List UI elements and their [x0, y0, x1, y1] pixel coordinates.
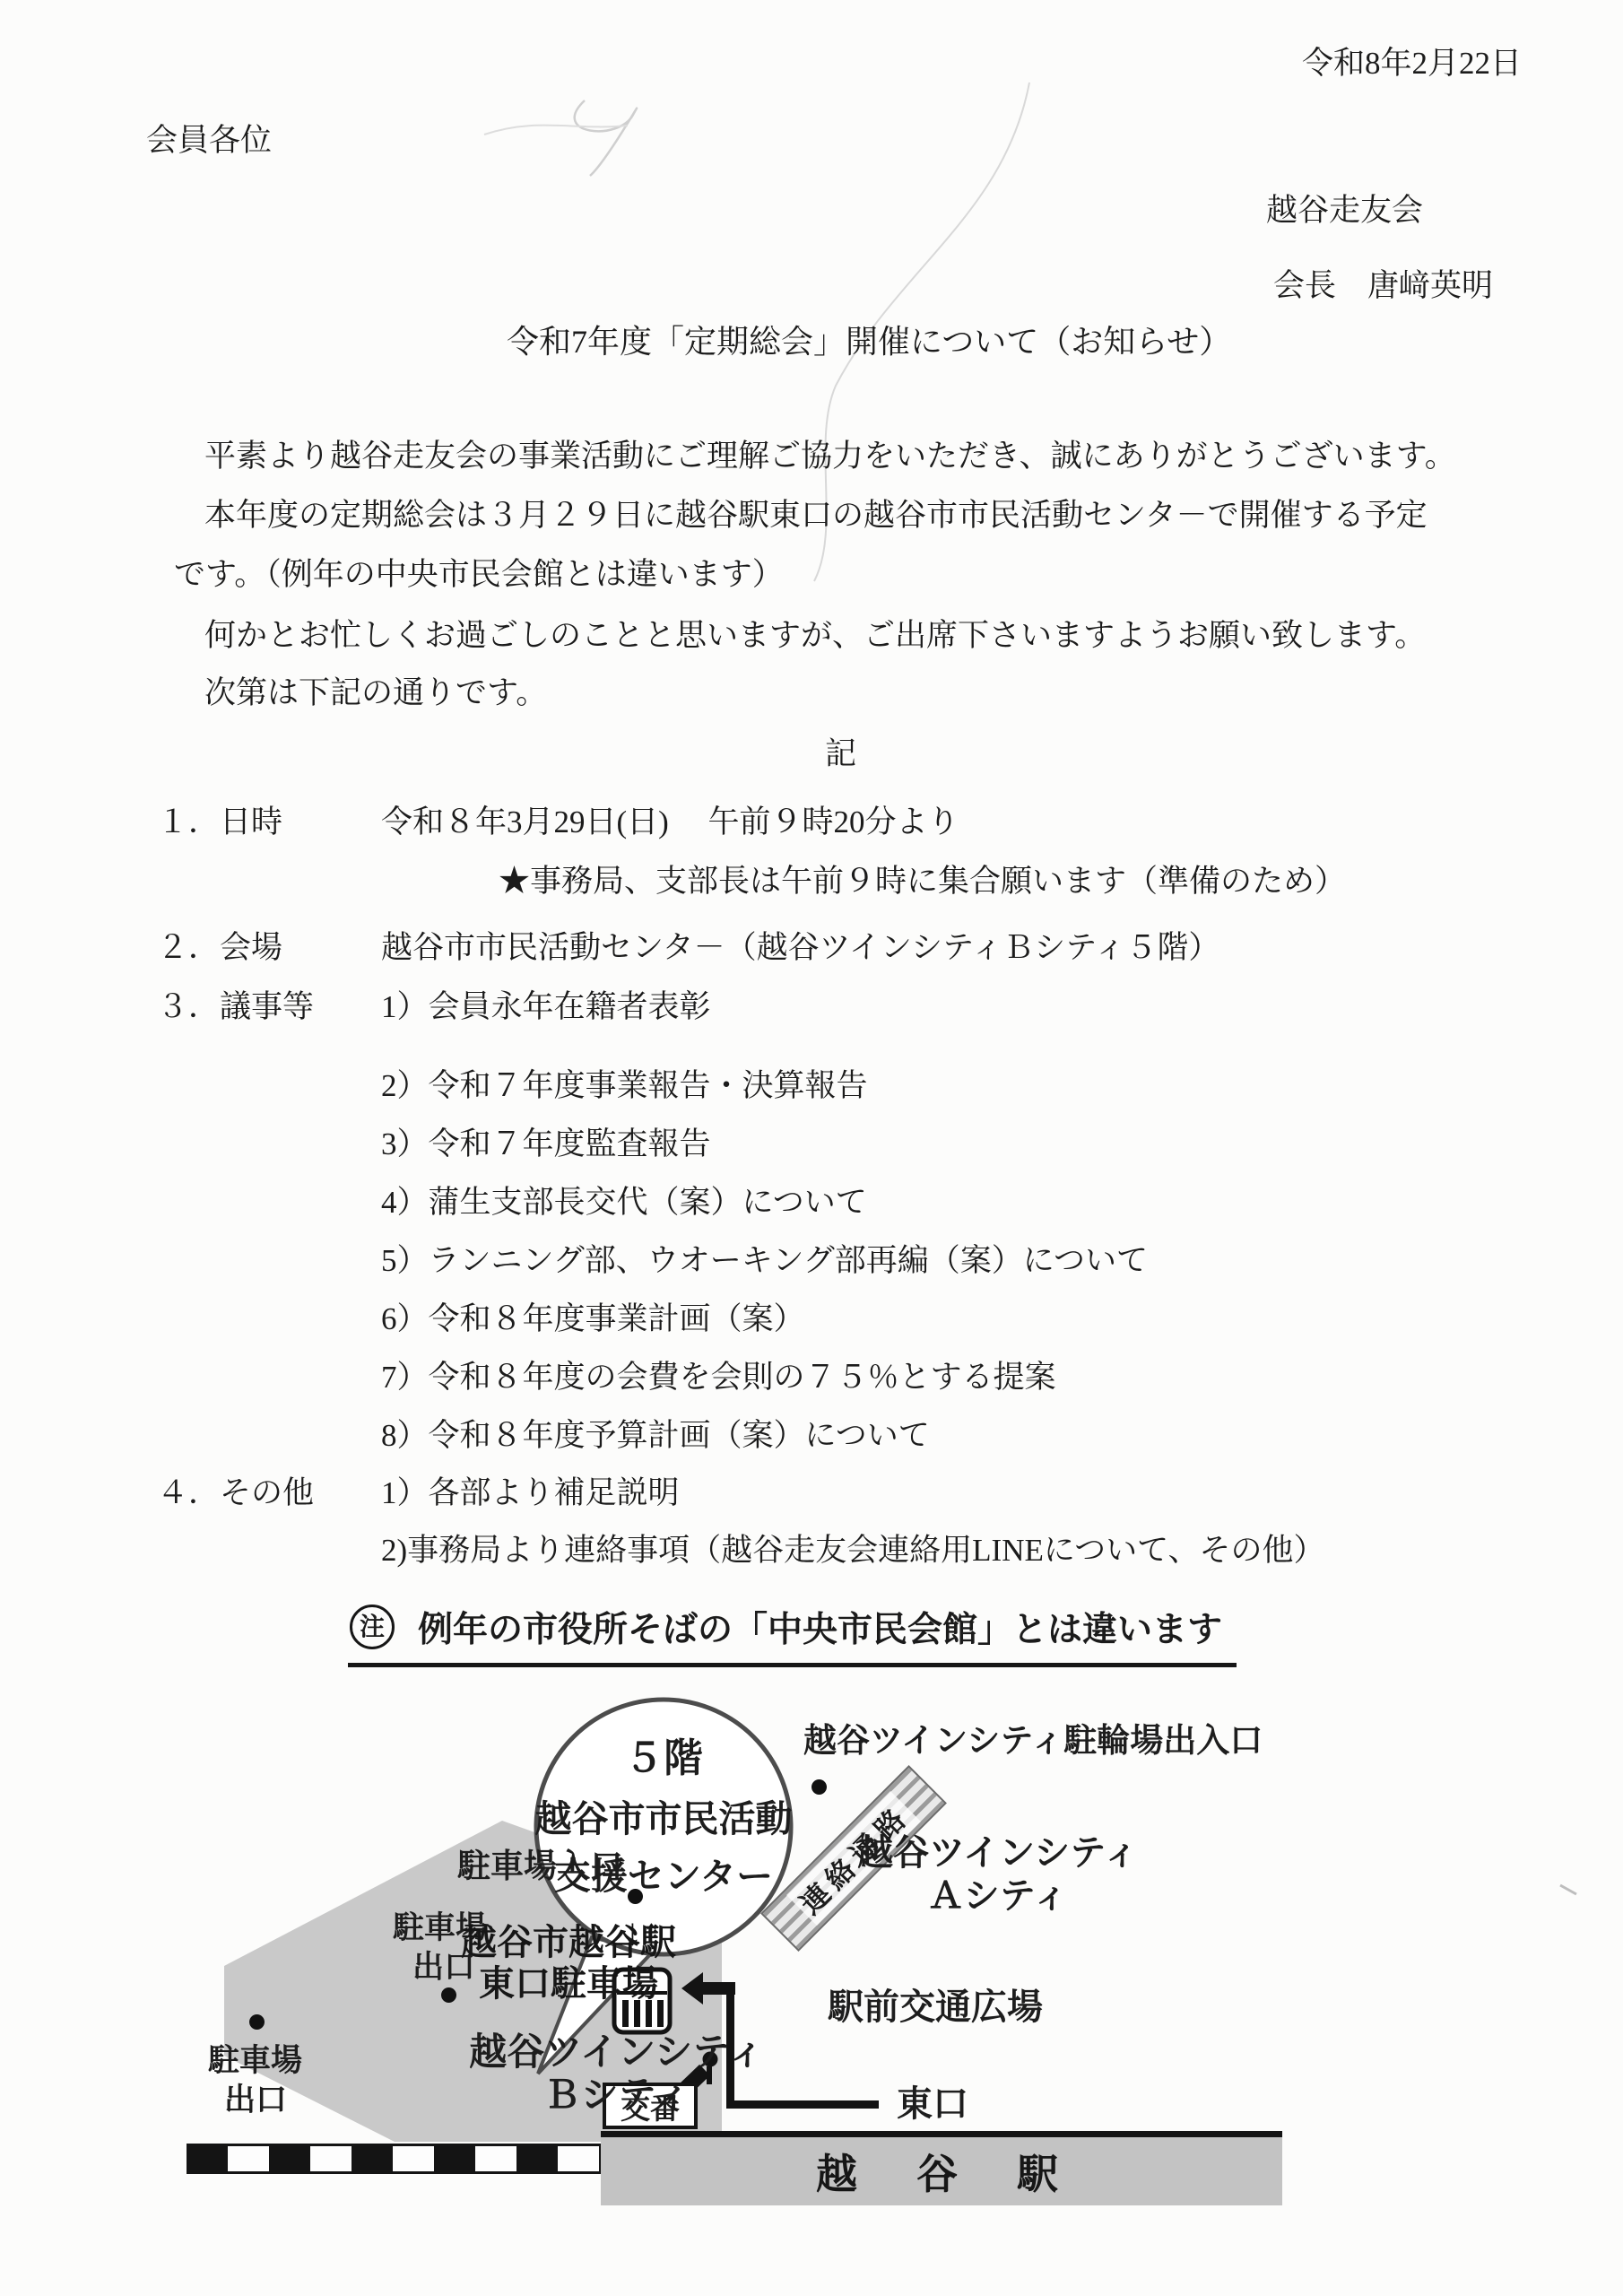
agenda-sub-item: 3）令和７年度監査報告 — [381, 1126, 711, 1162]
map-label-plaza: 駅前交通広場 — [828, 1987, 1043, 2028]
agenda-item2-value: 越谷市市民活動センタ－（越谷ツインシティＢシティ５階） — [381, 929, 1219, 966]
body-paragraph-3: です。（例年の中央市民会館とは違います） — [174, 556, 784, 593]
agenda-sub-item: 5）ランニング部、ウオーキング部再編（案）について — [381, 1242, 1148, 1279]
agenda-item1-value: 令和８年3月29日(日) 午前９時20分より — [381, 804, 959, 840]
body-paragraph-5: 次第は下記の通りです。 — [204, 674, 547, 711]
agenda-sub-item: 1）会員永年在籍者表彰 — [381, 988, 711, 1025]
map-label-b-city-2: Ｂシティ — [543, 2074, 691, 2116]
map-label-station-parking-1: 越谷市越谷駅 — [461, 1923, 676, 1963]
sender-president: 会長 唐﨑英明 — [1273, 267, 1493, 304]
map-label-east-exit: 東口 — [897, 2084, 968, 2125]
doc-title: 令和7年度「定期総会」開催について（お知らせ） — [507, 323, 1231, 361]
map-label-a-city-1: 越谷ツインシティ — [857, 1833, 1139, 1874]
route-line-horizontal — [726, 2100, 879, 2109]
station-label: 越 谷 駅 — [816, 2142, 1067, 2201]
map-label-a-city-2: Ａシティ — [928, 1876, 1069, 1917]
map-label-b-city-1: 越谷ツインシティ — [469, 2031, 765, 2073]
agenda-sub-item: 6）令和８年度事業計画（案） — [381, 1300, 805, 1337]
station-bar: 越 谷 駅 — [601, 2131, 1282, 2205]
map-label-parking-entrance: 駐車場入口 — [457, 1848, 623, 1884]
agenda-sub-item: 2)事務局より連絡事項（越谷走友会連絡用LINEについて、その他） — [381, 1532, 1324, 1569]
agenda-sub-item: 8）令和８年度予算計画（案）について — [381, 1417, 930, 1454]
agenda-item4-label: ４．その他 — [157, 1474, 314, 1511]
body-paragraph-2: 本年度の定期総会は３月２９日に越谷駅東口の越谷市市民活動センタ－で開催する予定 — [204, 497, 1428, 534]
agenda-sub-item: 2）令和７年度事業報告・決算報告 — [381, 1067, 868, 1104]
railway-line — [187, 2144, 603, 2174]
balloon-floor-label: ５階 — [610, 1735, 717, 1782]
doc-date: 令和8年2月22日 — [1302, 45, 1522, 82]
access-map: 越 谷 駅 交番 連絡通路 ５階 越谷市市民活動 支援センター ↓↑ 越谷ツイン… — [161, 1679, 1300, 2253]
map-label-bicycle-gate: 越谷ツインシティ駐輪場出入口 — [803, 1722, 1263, 1759]
sender-org: 越谷走友会 — [1266, 192, 1423, 229]
agenda-item3-label: ３．議事等 — [157, 988, 314, 1025]
agenda-item1-label: １．日時 — [157, 804, 282, 840]
bullet-dot — [249, 2014, 265, 2030]
body-paragraph-4: 何かとお忙しくお過ごしのことと思いますが、ご出席下さいますようお願い致します。 — [204, 617, 1426, 654]
agenda-item2-label: ２．会場 — [157, 929, 282, 966]
agenda-sub-item: 4）蒲生支部長交代（案）について — [381, 1184, 867, 1221]
record-heading: 記 — [825, 735, 856, 772]
map-label-parking-exit-lower-2: 出口 — [224, 2083, 287, 2118]
bullet-dot — [628, 1889, 643, 1904]
bullet-dot — [811, 1779, 827, 1795]
note-mark-icon: 注 — [350, 1605, 395, 1649]
recipient: 会員各位 — [146, 122, 272, 159]
note-line: 注 例年の市役所そばの「中央市民会館」とは違います — [348, 1602, 1237, 1667]
bullet-dot — [441, 1987, 456, 2003]
agenda-sub-item: 7）令和８年度の会費を会則の７５％とする提案 — [381, 1359, 1056, 1396]
note-text: 例年の市役所そばの「中央市民会館」とは違います — [418, 1602, 1222, 1652]
map-label-station-parking-2: 東口駐車場 — [479, 1964, 658, 2005]
balloon-name-line1: 越谷市市民活動 — [535, 1799, 793, 1840]
body-paragraph-1: 平素より越谷走友会の事業活動にご理解ご協力をいただき、誠にありがとうございます。 — [204, 438, 1456, 474]
map-label-parking-exit-lower-1: 駐車場 — [208, 2043, 302, 2078]
agenda-sub-item: 1）各部より補足説明 — [381, 1474, 680, 1511]
agenda-item1-note: ★事務局、支部長は午前９時に集合願います（準備のため） — [499, 863, 1346, 900]
